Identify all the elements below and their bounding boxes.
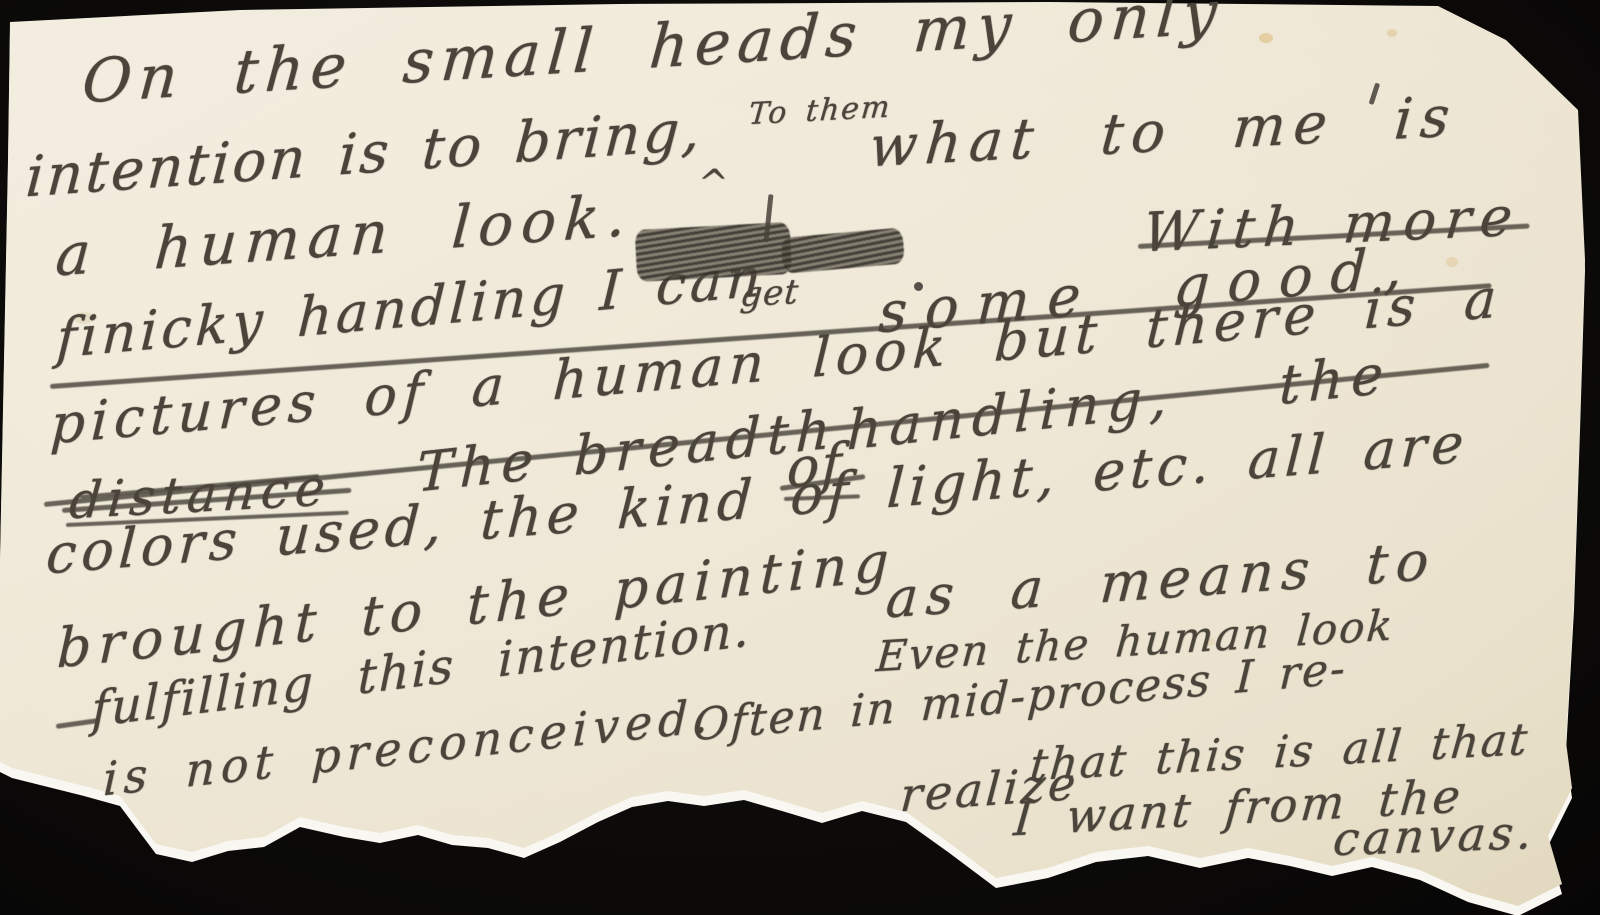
line-01: On the small heads my only [80, 0, 1226, 112]
photo-of-torn-note: On the small heads my onlyintention is t… [0, 0, 1600, 915]
handwriting-layer: On the small heads my onlyintention is t… [0, 0, 1600, 915]
line-13: canvas. [1331, 809, 1538, 862]
line-02b: what to me is [867, 89, 1460, 176]
insert-get: get [739, 275, 800, 312]
insert-caret: ^ [695, 166, 730, 202]
